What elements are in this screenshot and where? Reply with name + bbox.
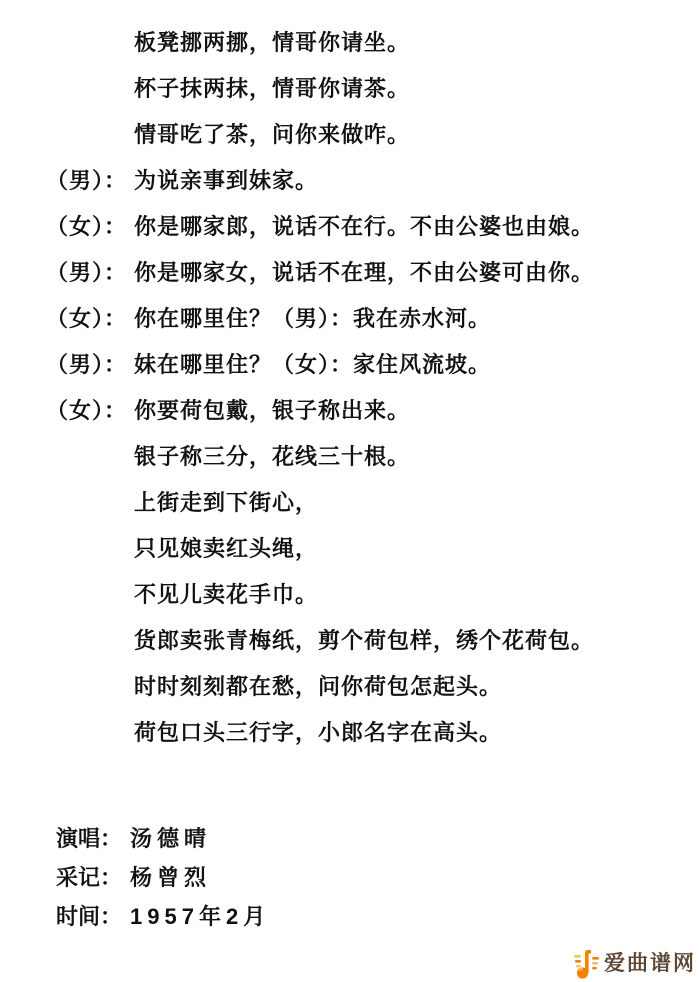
site-name: 爱曲谱网 — [604, 948, 696, 979]
lyric-line: 荷包口头三行字，小郎名字在高头。 — [46, 721, 690, 745]
lyric-text: 你是哪家女，说话不在理，不由公婆可由你。 — [134, 260, 594, 285]
credit-value: 1957年2月 — [130, 904, 270, 929]
credit-value: 汤德晴 — [130, 826, 211, 851]
lyric-line: 时时刻刻都在愁，问你荷包怎起头。 — [46, 675, 690, 699]
document-page: 板凳挪两挪，情哥你请坐。 杯子抹两抹，情哥你请茶。 情哥吃了茶，问你来做咋。 （… — [0, 0, 700, 982]
lyric-text: 货郎卖张青梅纸，剪个荷包样，绣个花荷包。 — [134, 628, 594, 653]
credit-label: 采记： — [56, 865, 122, 890]
lyric-line: （女）：你是哪家郎，说话不在行。不由公婆也由娘。 — [46, 215, 690, 239]
lyric-text: 不见儿卖花手巾。 — [134, 582, 318, 607]
lyric-line: （男）：你是哪家女，说话不在理，不由公婆可由你。 — [46, 261, 690, 285]
lyric-text: 你是哪家郎，说话不在行。不由公婆也由娘。 — [134, 214, 594, 239]
lyric-text: 只见娘卖红头绳， — [134, 536, 318, 561]
music-note-icon — [573, 948, 600, 979]
lyric-line: （女）：你在哪里住？（男）：我在赤水河。 — [46, 307, 690, 331]
lyric-line: 杯子抹两抹，情哥你请茶。 — [46, 77, 690, 101]
speaker-label: （男）： — [46, 169, 134, 193]
lyric-text: 你在哪里住？（男）：我在赤水河。 — [134, 306, 491, 331]
lyric-text: 银子称三分，花线三十根。 — [134, 444, 410, 469]
speaker-label: （女）： — [46, 399, 134, 423]
credit-singer: 演唱：汤德晴 — [56, 827, 270, 850]
credit-value: 杨曾烈 — [130, 865, 211, 890]
speaker-label: （女）： — [46, 307, 134, 331]
lyric-text: 你要荷包戴，银子称出来。 — [134, 398, 410, 423]
lyric-text: 情哥吃了茶，问你来做咋。 — [134, 122, 410, 147]
lyric-text: 荷包口头三行字，小郎名字在高头。 — [134, 720, 502, 745]
lyric-line: 货郎卖张青梅纸，剪个荷包样，绣个花荷包。 — [46, 629, 690, 653]
site-watermark: 爱曲谱网 — [573, 948, 696, 979]
credit-label: 时间： — [56, 904, 122, 929]
lyric-line: 银子称三分，花线三十根。 — [46, 445, 690, 469]
credits-block: 演唱：汤德晴 采记：杨曾烈 时间：1957年2月 — [56, 827, 270, 944]
lyric-line: 情哥吃了茶，问你来做咋。 — [46, 123, 690, 147]
lyric-line: （女）：你要荷包戴，银子称出来。 — [46, 399, 690, 423]
credit-label: 演唱： — [56, 826, 122, 851]
credit-collector: 采记：杨曾烈 — [56, 866, 270, 889]
lyric-line: 板凳挪两挪，情哥你请坐。 — [46, 31, 690, 55]
lyric-text: 板凳挪两挪，情哥你请坐。 — [134, 30, 410, 55]
credit-date: 时间：1957年2月 — [56, 905, 270, 928]
lyrics-block: 板凳挪两挪，情哥你请坐。 杯子抹两抹，情哥你请茶。 情哥吃了茶，问你来做咋。 （… — [46, 31, 690, 767]
lyric-line: （男）：妹在哪里住？（女）：家住风流坡。 — [46, 353, 690, 377]
lyric-text: 时时刻刻都在愁，问你荷包怎起头。 — [134, 674, 502, 699]
lyric-line: （男）：为说亲事到妹家。 — [46, 169, 690, 193]
lyric-text: 为说亲事到妹家。 — [134, 168, 318, 193]
speaker-label: （男）： — [46, 353, 134, 377]
lyric-text: 杯子抹两抹，情哥你请茶。 — [134, 76, 410, 101]
lyric-text: 上街走到下街心， — [134, 490, 318, 515]
lyric-text: 妹在哪里住？（女）：家住风流坡。 — [134, 352, 491, 377]
lyric-line: 只见娘卖红头绳， — [46, 537, 690, 561]
speaker-label: （女）： — [46, 215, 134, 239]
lyric-line: 不见儿卖花手巾。 — [46, 583, 690, 607]
lyric-line: 上街走到下街心， — [46, 491, 690, 515]
speaker-label: （男）： — [46, 261, 134, 285]
